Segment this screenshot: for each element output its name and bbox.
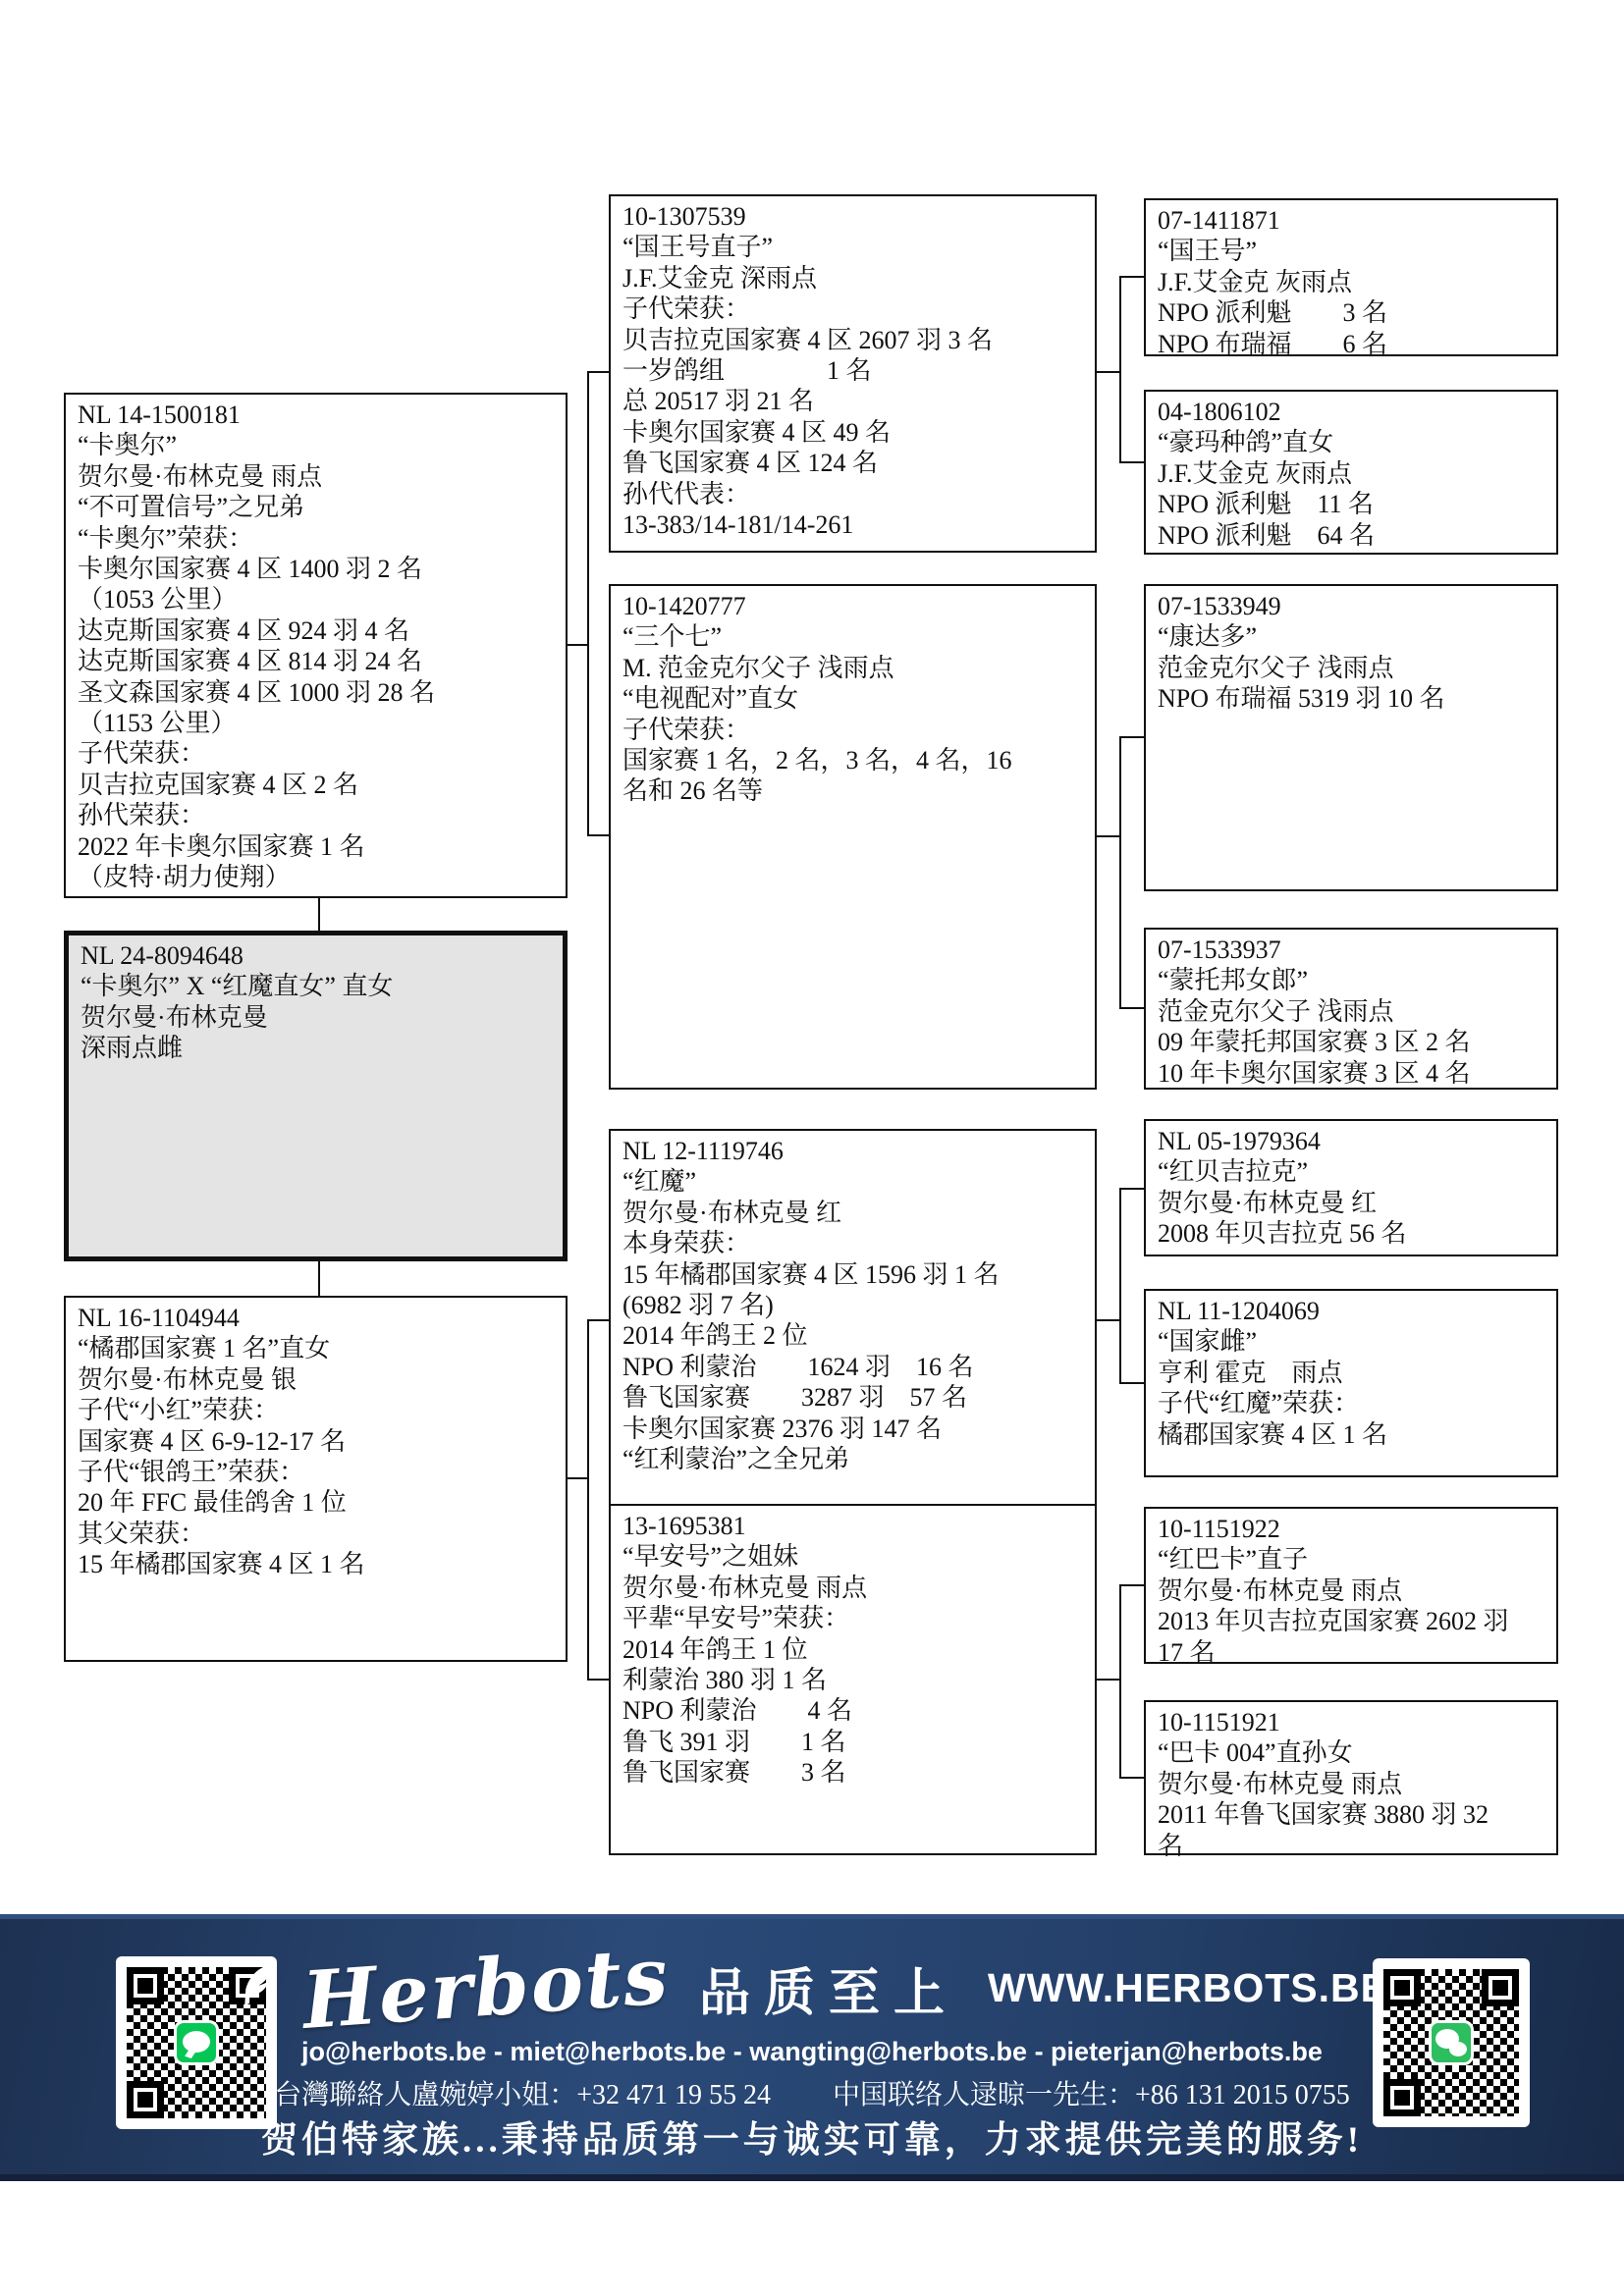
pedigree-box-subject: NL 24-8094648 “卡奥尔” X “红魔直女” 直女 贺尔曼·布林克曼…	[64, 931, 568, 1261]
connector-line	[1119, 276, 1146, 278]
pedigree-box-mmm: 10-1151921 “巴卡 004”直孙女 贺尔曼·布林克曼 雨点 2011 …	[1144, 1700, 1558, 1855]
brand-logo: Herbots	[300, 1936, 673, 2040]
brand-slogan: 品质至上	[699, 1951, 958, 2025]
tagline: 贺伯特家族...秉持品质第一与诚实可靠，力求提供完美的服务!	[167, 2109, 1457, 2163]
pedigree-box-fff-text: 07-1411871 “国王号” J.F.艾金克 灰雨点 NPO 派利魁 3 名…	[1158, 205, 1546, 359]
pedigree-box-fm: 10-1420777 “三个七” M. 范金克尔父子 浅雨点 “电视配对”直女 …	[609, 584, 1097, 1090]
emails-line[interactable]: jo@herbots.be - miet@herbots.be - wangti…	[167, 2037, 1457, 2067]
footer-banner: Herbots 品质至上 WWW.HERBOTS.BE jo@herbots.b…	[0, 1914, 1624, 2181]
pedigree-box-fmf: 07-1533949 “康达多” 范金克尔父子 浅雨点 NPO 布瑞福 5319…	[1144, 584, 1558, 891]
qr-finder-icon	[127, 1967, 164, 2004]
connector-line	[587, 371, 589, 836]
connector-line	[1097, 1679, 1121, 1681]
contact-taiwan: 台灣聯絡人盧婉婷小姐：+32 471 19 55 24	[274, 2080, 771, 2110]
pedigree-box-mother-text: NL 16-1104944 “橘郡国家赛 1 名”直女 贺尔曼·布林克曼 银 子…	[78, 1303, 556, 1580]
pedigree-box-fm-text: 10-1420777 “三个七” M. 范金克尔父子 浅雨点 “电视配对”直女 …	[623, 591, 1085, 807]
connector-line	[1119, 1584, 1121, 1779]
connector-line	[1119, 736, 1146, 738]
connector-line	[1119, 461, 1146, 463]
pedigree-box-mm: 13-1695381 “早安号”之姐妹 贺尔曼·布林克曼 雨点 平辈“早安号”荣…	[609, 1504, 1097, 1855]
connector-line	[1119, 1584, 1146, 1586]
connector-line	[568, 1477, 589, 1479]
qr-finder-icon	[1383, 2079, 1421, 2116]
pedigree-box-mfm-text: NL 11-1204069 “国家雌” 亨利 霍克 雨点 子代“红魔”荣获： 橘…	[1158, 1296, 1546, 1450]
pedigree-box-mff: NL 05-1979364 “红贝吉拉克” 贺尔曼·布林克曼 红 2008 年贝…	[1144, 1119, 1558, 1256]
pedigree-box-mff-text: NL 05-1979364 “红贝吉拉克” 贺尔曼·布林克曼 红 2008 年贝…	[1158, 1126, 1546, 1250]
wechat-icon	[1429, 2020, 1474, 2065]
connector-line	[1119, 1007, 1146, 1009]
pedigree-box-ffm: 04-1806102 “豪玛种鸽”直女 J.F.艾金克 灰雨点 NPO 派利魁 …	[1144, 390, 1558, 555]
qr-finder-icon	[1482, 1969, 1519, 2006]
wechat-qr-code	[1373, 1958, 1530, 2127]
pedigree-box-father: NL 14-1500181 “卡奥尔” 贺尔曼·布林克曼 雨点 “不可置信号”之…	[64, 393, 568, 898]
pedigree-box-fmf-text: 07-1533949 “康达多” 范金克尔父子 浅雨点 NPO 布瑞福 5319…	[1158, 591, 1546, 715]
feather-icon	[231, 1958, 286, 2016]
connector-line	[1097, 1319, 1121, 1321]
pedigree-box-father-text: NL 14-1500181 “卡奥尔” 贺尔曼·布林克曼 雨点 “不可置信号”之…	[78, 400, 556, 893]
connector-line	[1097, 371, 1121, 373]
pedigree-box-subject-text: NL 24-8094648 “卡奥尔” X “红魔直女” 直女 贺尔曼·布林克曼…	[81, 940, 553, 1064]
connector-line	[318, 1261, 320, 1296]
qr-finder-icon	[127, 2081, 164, 2118]
pedigree-box-ffm-text: 04-1806102 “豪玛种鸽”直女 J.F.艾金克 灰雨点 NPO 派利魁 …	[1158, 397, 1546, 551]
connector-line	[318, 898, 320, 931]
connector-line	[587, 1319, 611, 1321]
connector-line	[1119, 1188, 1146, 1190]
connector-line	[587, 1679, 611, 1681]
pedigree-box-fmm-text: 07-1533937 “蒙托邦女郎” 范金克尔父子 浅雨点 09 年蒙托邦国家赛…	[1158, 934, 1546, 1089]
pedigree-box-fff: 07-1411871 “国王号” J.F.艾金克 灰雨点 NPO 派利魁 3 名…	[1144, 198, 1558, 356]
connector-line	[1097, 835, 1121, 837]
connector-line	[587, 1319, 589, 1681]
pedigree-box-mfm: NL 11-1204069 “国家雌” 亨利 霍克 雨点 子代“红魔”荣获： 橘…	[1144, 1289, 1558, 1477]
pedigree-box-mf-text: NL 12-1119746 “红魔” 贺尔曼·布林克曼 红 本身荣获： 15 年…	[623, 1136, 1085, 1474]
pedigree-box-mother: NL 16-1104944 “橘郡国家赛 1 名”直女 贺尔曼·布林克曼 银 子…	[64, 1296, 568, 1662]
connector-line	[1119, 1382, 1146, 1384]
website-link[interactable]: WWW.HERBOTS.BE	[988, 1965, 1388, 2011]
pedigree-box-fmm: 07-1533937 “蒙托邦女郎” 范金克尔父子 浅雨点 09 年蒙托邦国家赛…	[1144, 928, 1558, 1090]
connector-line	[1119, 1777, 1146, 1779]
pedigree-box-mf: NL 12-1119746 “红魔” 贺尔曼·布林克曼 红 本身荣获： 15 年…	[609, 1129, 1097, 1512]
connector-line	[587, 371, 611, 373]
connector-line	[1119, 276, 1121, 463]
pedigree-box-ff-text: 10-1307539 “国王号直子” J.F.艾金克 深雨点 子代荣获： 贝吉拉…	[623, 201, 1085, 540]
qr-finder-icon	[1383, 1969, 1421, 2006]
pedigree-box-mmf-text: 10-1151922 “红巴卡”直子 贺尔曼·布林克曼 雨点 2013 年贝吉拉…	[1158, 1514, 1546, 1668]
connector-line	[1119, 1188, 1121, 1384]
contact-china: 中国联络人逯晾一先生：+86 131 2015 0755	[833, 2080, 1350, 2110]
connector-line	[1119, 736, 1121, 1009]
pedigree-box-mmf: 10-1151922 “红巴卡”直子 贺尔曼·布林克曼 雨点 2013 年贝吉拉…	[1144, 1507, 1558, 1664]
qr-pattern	[1383, 1969, 1519, 2116]
connector-line	[568, 644, 589, 646]
pedigree-box-mmm-text: 10-1151921 “巴卡 004”直孙女 贺尔曼·布林克曼 雨点 2011 …	[1158, 1707, 1546, 1861]
contacts-line: 台灣聯絡人盧婉婷小姐：+32 471 19 55 24 中国联络人逯晾一先生：+…	[167, 2073, 1457, 2112]
brand-row: Herbots 品质至上 WWW.HERBOTS.BE	[167, 1945, 1457, 2031]
connector-line	[587, 834, 611, 836]
pedigree-page: NL 14-1500181 “卡奥尔” 贺尔曼·布林克曼 雨点 “不可置信号”之…	[0, 0, 1624, 2296]
pedigree-box-mm-text: 13-1695381 “早安号”之姐妹 贺尔曼·布林克曼 雨点 平辈“早安号”荣…	[623, 1511, 1085, 1789]
pedigree-box-ff: 10-1307539 “国王号直子” J.F.艾金克 深雨点 子代荣获： 贝吉拉…	[609, 194, 1097, 553]
